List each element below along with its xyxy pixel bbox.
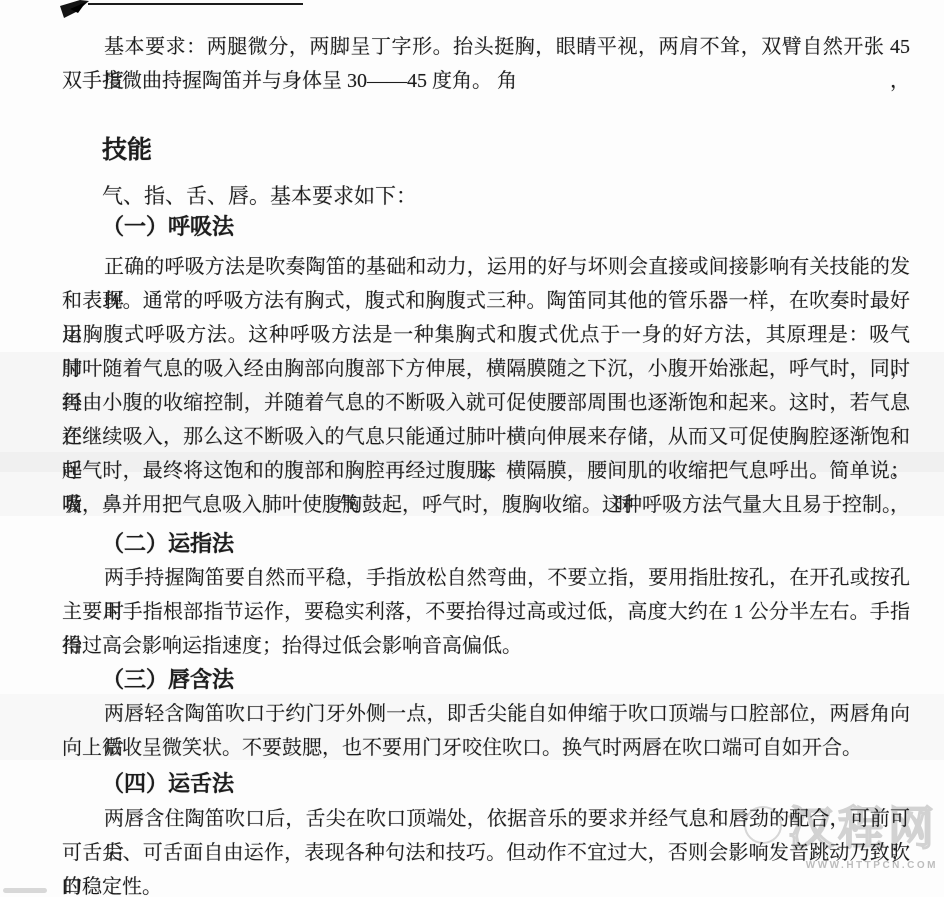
scan-smudge [3,888,47,893]
subsection-paragraph-breathing: 正确的呼吸方法是吹奏陶笛的基础和动力，运用的好与坏则会直接或间接影响有关技能的发… [62,250,910,522]
text-line: 得过高会影响运指速度；抬得过低会影响音高偏低。 [62,629,910,663]
text-line: 的稳定性。 [62,870,910,897]
text-line: 和表现。通常的呼吸方法有胸式，腹式和胸腹式三种。陶笛同其他的管乐器一样，在吹奏时… [62,284,910,318]
text-line: 基本要求：两腿微分，两脚呈丁字形。抬头挺胸，眼睛平视，两肩不耸，双臂自然开张 4… [62,30,910,64]
text-line: 经由小腹的收缩控制，并随着气息的不断吸入就可促使腰部周围也逐渐饱和起来。这时，若… [62,386,910,420]
text-line: 嘴，鼻并用把气息吸入肺叶使腹胸鼓起，呼气时，腹胸收缩。这种呼吸方法气量大且易于控… [62,488,910,522]
text-line: 用胸腹式呼吸方法。这种呼吸方法是一种集胸式和腹式优点于一身的好方法，其原理是：吸… [62,318,910,352]
text-line: 两手持握陶笛要自然而平稳，手指放松自然弯曲，不要立指，要用指肚按孔，在开孔或按孔… [62,561,910,595]
subsection-heading-embouchure: （三）唇含法 [102,666,234,694]
text-line: 肺叶随着气息的吸入经由胸部向腹部下方伸展，横隔膜随之下沉，小腹开始涨起，呼气时，… [62,352,910,386]
subsection-heading-tonguing: （四）运舌法 [102,770,234,798]
text-line: 两唇轻含陶笛吹口于约门牙外侧一点，即舌尖能自如伸缩于吹口顶端与口腔部位，两唇角向… [62,697,910,731]
subsection-paragraph-fingering: 两手持握陶笛要自然而平稳，手指放松自然弯曲，不要立指，要用指肚按孔，在开孔或按孔… [62,561,910,663]
subsection-paragraph-tonguing: 两唇含住陶笛吹口后，舌尖在吹口顶端处，依据音乐的要求并经气息和唇劲的配合，可前可… [62,802,910,897]
top-rule [88,3,303,5]
text-line: 呼气时，最终将这饱和的腹部和胸腔再经过腹肌，横隔膜，腰间肌的收缩把气息呼出。简单… [62,454,910,488]
section-lead: 气、指、舌、唇。基本要求如下： [102,182,417,210]
subsection-heading-fingering: （二）运指法 [102,530,234,558]
text-line: 可舌尖、可舌面自由运作，表现各种句法和技巧。但动作不宜过大，否则会影响发音跳动乃… [62,836,910,870]
text-line: 主要用手指根部指节运作，要稳实利落，不要抬得过高或过低，高度大约在 1 公分半左… [62,595,910,629]
text-line: 两唇含住陶笛吹口后，舌尖在吹口顶端处，依据音乐的要求并经气息和唇劲的配合，可前可… [62,802,910,836]
intro-paragraph: 基本要求：两腿微分，两脚呈丁字形。抬头挺胸，眼睛平视，两肩不耸，双臂自然开张 4… [62,30,910,98]
text-line: 在继续吸入，那么这不断吸入的气息只能通过肺叶横向伸展来存储，从而又可促使胸腔逐渐… [62,420,910,454]
subsection-heading-breathing: （一）呼吸法 [102,213,234,241]
scanned-document-page: 汉程网 WWW.HTTPCN.COM 基本要求：两腿微分，两脚呈丁字形。抬头挺胸… [0,0,944,897]
text-line: 正确的呼吸方法是吹奏陶笛的基础和动力，运用的好与坏则会直接或间接影响有关技能的发… [62,250,910,284]
section-title: 技能 [102,137,152,165]
text-line: 向上微收呈微笑状。不要鼓腮，也不要用门牙咬住吹口。换气时两唇在吹口端可自如开合。 [62,731,910,765]
subsection-paragraph-embouchure: 两唇轻含陶笛吹口于约门牙外侧一点，即舌尖能自如伸缩于吹口顶端与口腔部位，两唇角向… [62,697,910,765]
